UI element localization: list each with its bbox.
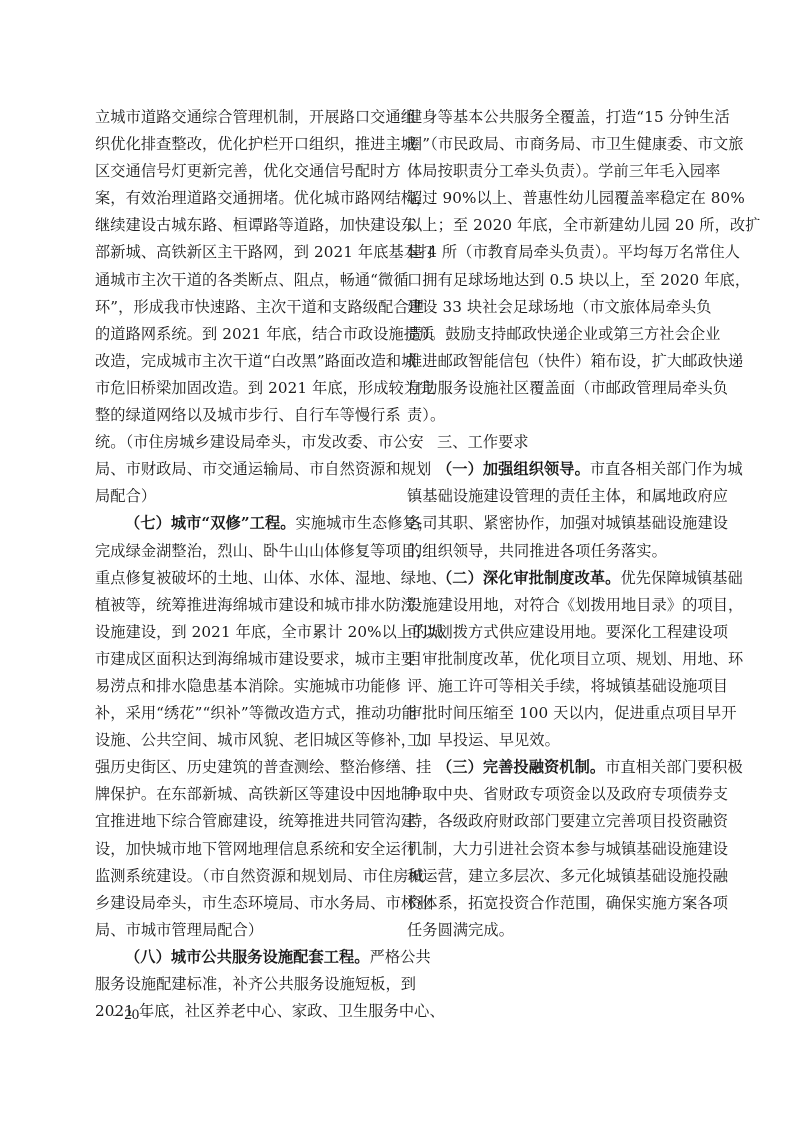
section-heading-line: （七）城市“双修”工程。实施城市生态修复，: [95, 510, 386, 537]
text-line: 争取中央、省财政专项资金以及政府专项债券支: [407, 781, 699, 808]
text-line: 局配合）: [95, 483, 386, 510]
text-line: 设施建设，到 2021 年底，全市累计 20%以上的城: [95, 619, 386, 646]
text-line: 补，采用“绣花”“织补”等微改造方式，推动功能: [95, 700, 386, 727]
text-span: 严格公共: [370, 948, 431, 966]
text-line: 评、施工许可等相关手续，将城镇基础设施项目: [407, 673, 699, 700]
section-heading-line: （一）加强组织领导。市直各相关部门作为城: [407, 456, 699, 483]
text-line: 建设 33 块社会足球场地（市文旅体局牵头负: [407, 294, 699, 321]
section-heading-line: （二）深化审批制度改革。优先保障城镇基础: [407, 565, 699, 592]
text-line: 重点修复被破坏的土地、山体、水体、湿地、绿地、: [95, 565, 386, 592]
right-text-column: 健身等基本公共服务全覆盖，打造“15 分钟生活 圈”（市民政局、市商务局、市卫生…: [407, 104, 699, 944]
section-heading-double-repair: （七）城市“双修”工程。: [125, 514, 296, 532]
text-span: 优先保障城镇基础: [620, 569, 742, 587]
section-heading-line: （三）完善投融资机制。市直相关部门要积极: [407, 754, 699, 781]
section-heading-approval-reform: （二）深化审批制度改革。: [437, 569, 620, 587]
text-line: 建 4 所（市教育局牵头负责）。平均每万名常住人: [407, 239, 699, 266]
text-line: 监测系统建设。（市自然资源和规划局、市住房城: [95, 863, 386, 890]
text-line: 立城市道路交通综合管理机制，开展路口交通组: [95, 104, 386, 131]
section-heading-public-services: （八）城市公共服务设施配套工程。: [125, 948, 370, 966]
text-line: 口拥有足球场地达到 0.5 块以上，至 2020 年底，: [407, 267, 699, 294]
text-line: 乡建设局牵头，市生态环境局、市水务局、市林业: [95, 890, 386, 917]
section-heading-financing: （三）完善投融资机制。: [437, 758, 605, 776]
chapter-heading-work-requirements: 三、工作要求: [407, 429, 699, 456]
text-line: 设施、公共空间、城市风貌、老旧城区等修补，加: [95, 727, 386, 754]
text-line: 机制，大力引进社会资本参与城镇基础设施建设: [407, 836, 699, 863]
text-line: 的道路网系统。到 2021 年底，结合市政设施提质: [95, 321, 386, 348]
text-span: 市直各相关部门作为城: [590, 460, 743, 478]
text-line: 易涝点和排水隐患基本消除。实施城市功能修: [95, 673, 386, 700]
text-line: 统。（市住房城乡建设局牵头，市发改委、市公安: [95, 429, 386, 456]
page-number: – 20 –: [113, 1003, 151, 1027]
text-line: 的组织领导，共同推进各项任务落实。: [407, 538, 699, 565]
text-line: 和运营，建立多层次、多元化城镇基础设施投融: [407, 863, 699, 890]
text-line: 健身等基本公共服务全覆盖，打造“15 分钟生活: [407, 104, 699, 131]
text-line: 镇基础设施建设管理的责任主体，和属地政府应: [407, 483, 699, 510]
text-line: 宜推进地下综合管廊建设，统筹推进共同管沟建: [95, 808, 386, 835]
text-line: 责）。: [407, 402, 699, 429]
text-line: 审批时间压缩至 100 天以内，促进重点项目早开: [407, 700, 699, 727]
text-line: 通城市主次干道的各类断点、阻点，畅通“微循: [95, 267, 386, 294]
text-line: 资体系，拓宽投资合作范围，确保实施方案各项: [407, 890, 699, 917]
left-text-column: 立城市道路交通综合管理机制，开展路口交通组 织优化排查整改，优化护栏开口组织，推…: [95, 104, 386, 1025]
text-line: 局、市城市管理局配合）: [95, 917, 386, 944]
text-line: 工、早投运、早见效。: [407, 727, 699, 754]
text-line: 整的绿道网络以及城市步行、自行车等慢行系: [95, 402, 386, 429]
text-line: 区交通信号灯更新完善，优化交通信号配时方: [95, 158, 386, 185]
text-line: 环”，形成我市快速路、主次干道和支路级配合理: [95, 294, 386, 321]
text-line: 市建成区面积达到海绵城市建设要求，城市主要: [95, 646, 386, 673]
text-line: 局、市财政局、市交通运输局、市自然资源和规划: [95, 456, 386, 483]
text-line: 案，有效治理道路交通拥堵。优化城市路网结构，: [95, 185, 386, 212]
text-line: 圈”（市民政局、市商务局、市卫生健康委、市文旅: [407, 131, 699, 158]
text-line: 各司其职、紧密协作，加强对城镇基础设施建设: [407, 510, 699, 537]
text-line: 目审批制度改革，优化项目立项、规划、用地、环: [407, 646, 699, 673]
text-line: 持，各级政府财政部门要建立完善项目投资融资: [407, 808, 699, 835]
section-heading-line: （八）城市公共服务设施配套工程。严格公共: [95, 944, 386, 971]
text-line: 体局按职责分工牵头负责）。学前三年毛入园率: [407, 158, 699, 185]
text-line: 设施建设用地，对符合《划拨用地目录》的项目，: [407, 592, 699, 619]
text-line: 可以划拨方式供应建设用地。要深化工程建设项: [407, 619, 699, 646]
text-line: 牌保护。在东部新城、高铁新区等建设中因地制: [95, 781, 386, 808]
text-line: 自助服务设施社区覆盖面（市邮政管理局牵头负: [407, 375, 699, 402]
document-page: 立城市道路交通综合管理机制，开展路口交通组 织优化排查整改，优化护栏开口组织，推…: [0, 0, 793, 1122]
text-line: 以上；至 2020 年底，全市新建幼儿园 20 所，改扩: [407, 212, 699, 239]
text-line: 继续建设古城东路、桓谭路等道路，加快建设东: [95, 212, 386, 239]
text-span: 市直相关部门要积极: [605, 758, 743, 776]
text-line: 强历史街区、历史建筑的普查测绘、整治修缮、挂: [95, 754, 386, 781]
text-line: 部新城、高铁新区主干路网，到 2021 年底基本打: [95, 239, 386, 266]
text-line: 市危旧桥梁加固改造。到 2021 年底，形成较为完: [95, 375, 386, 402]
section-heading-leadership: （一）加强组织领导。: [437, 460, 590, 478]
text-line: 推进邮政智能信包（快件）箱布设，扩大邮政快递: [407, 348, 699, 375]
text-line: 改造，完成城市主次干道“白改黑”路面改造和城: [95, 348, 386, 375]
text-line: 织优化排查整改，优化护栏开口组织，推进主城: [95, 131, 386, 158]
text-line: 服务设施配建标准，补齐公共服务设施短板，到: [95, 971, 386, 998]
text-line: 责）。鼓励支持邮政快递企业或第三方社会企业: [407, 321, 699, 348]
text-line: 任务圆满完成。: [407, 917, 699, 944]
text-line: 完成绿金湖整治，烈山、卧牛山山体修复等项目，: [95, 538, 386, 565]
text-line: 超过 90%以上、普惠性幼儿园覆盖率稳定在 80%: [407, 185, 699, 212]
text-line: 设，加快城市地下管网地理信息系统和安全运行: [95, 836, 386, 863]
text-line: 植被等，统筹推进海绵城市建设和城市排水防涝: [95, 592, 386, 619]
